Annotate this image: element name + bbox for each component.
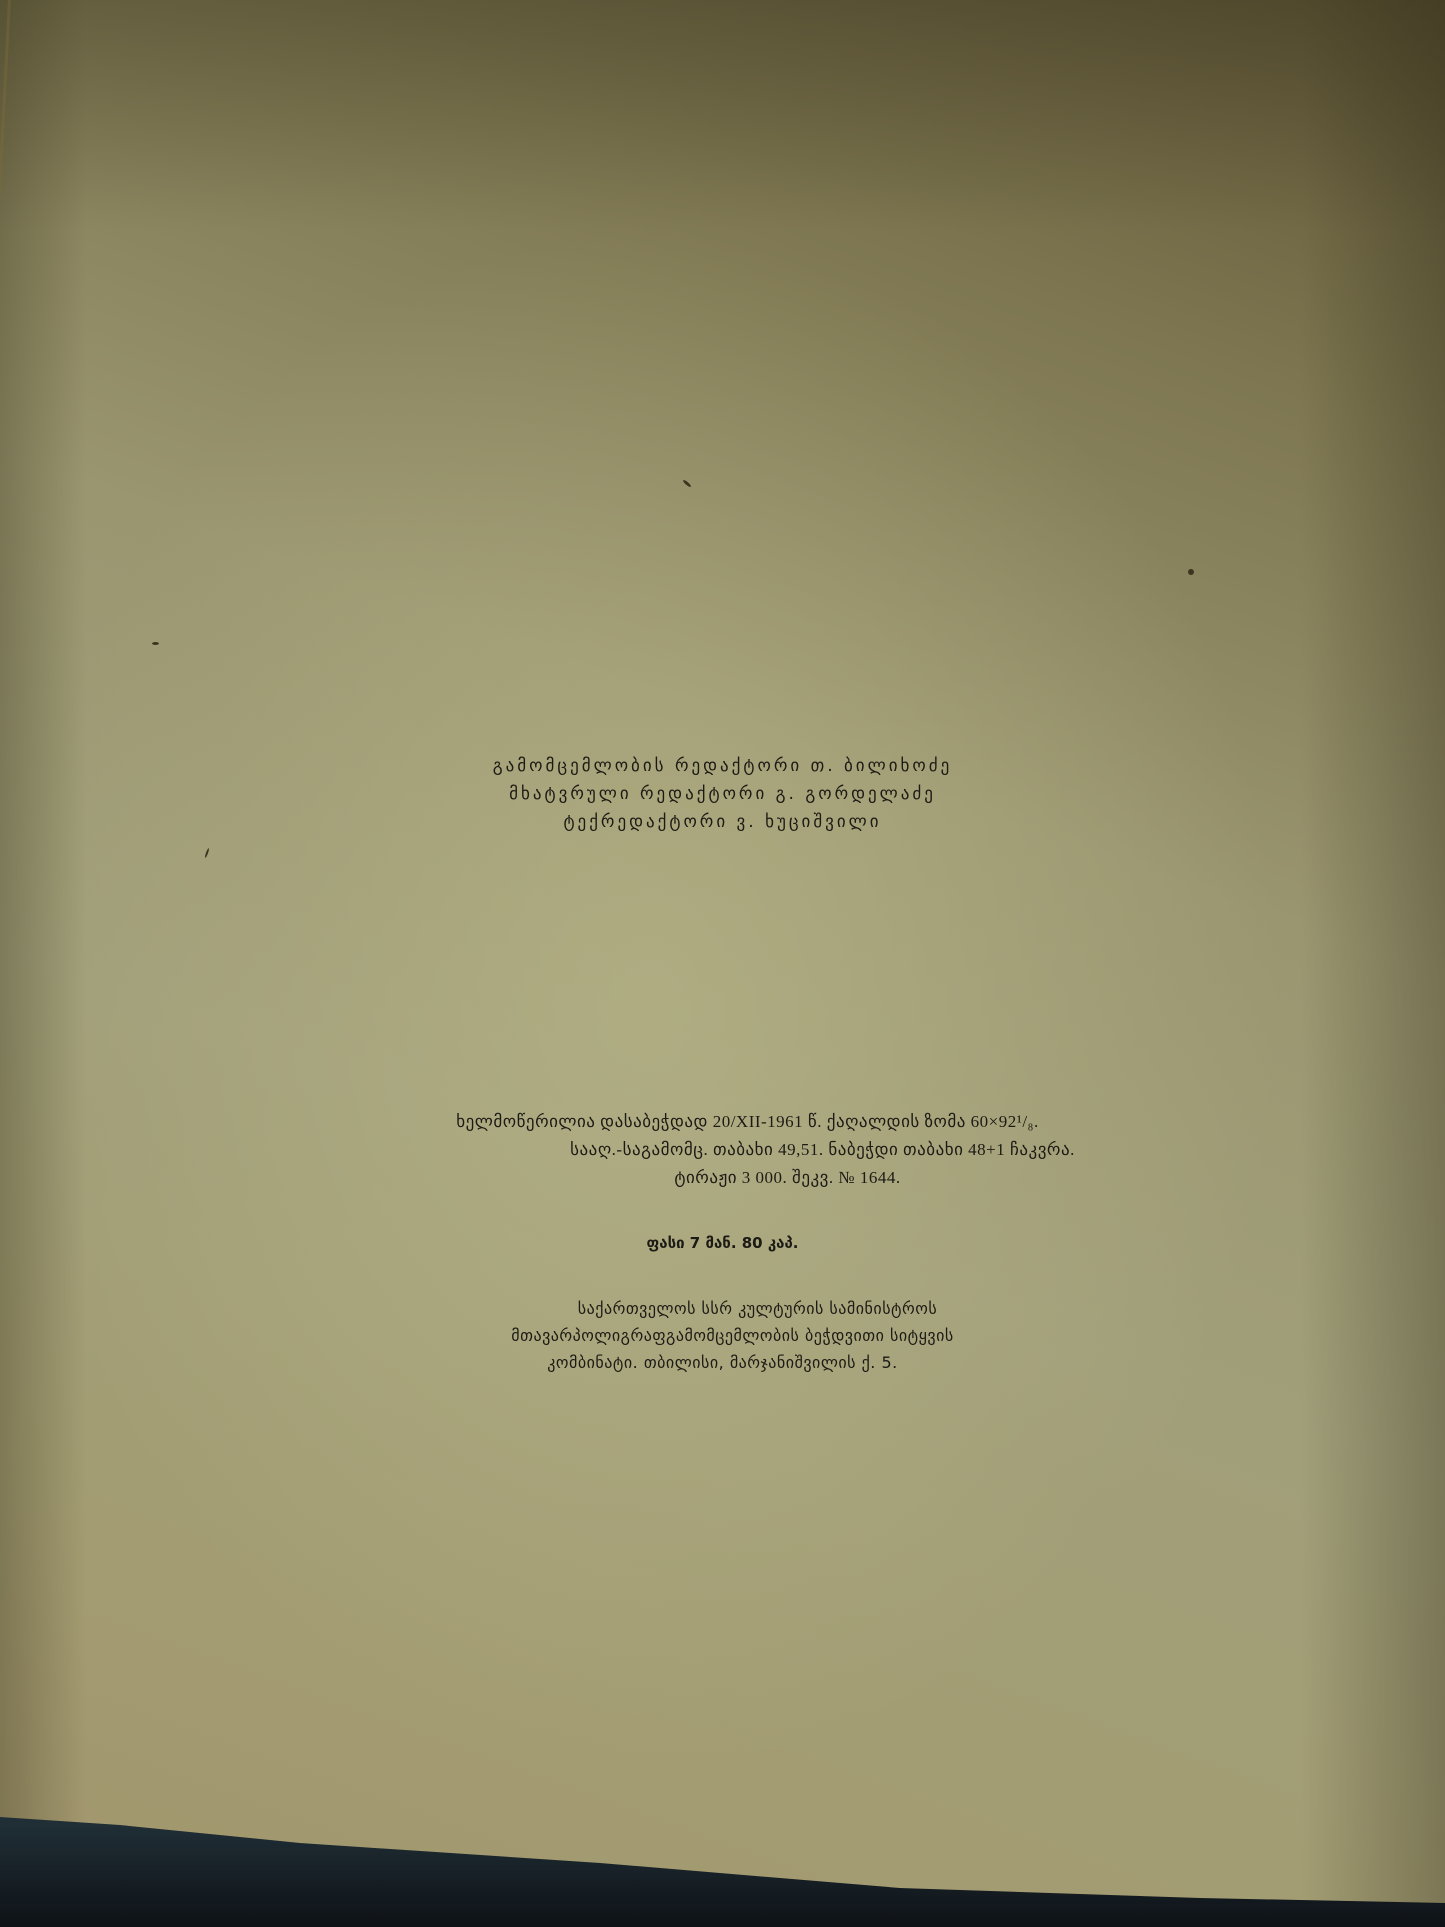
- printer-line-2: მთავარპოლიგრაფგამომცემლობის ბეჭდვითი სიტ…: [0, 1322, 1445, 1349]
- imprint-details: ხელმოწერილია დასაბეჭდად 20/XII-1961 წ. ქ…: [0, 1108, 1445, 1192]
- imprint-sheets-line: სააღ.-საგამომც. თაბახი 49,51. ნაბეჭდი თა…: [0, 1136, 1445, 1164]
- editors-credits: გამომცემლობის რედაქტორი თ. ბილიხოძე მხატ…: [0, 752, 1445, 836]
- imprint-print-run-line: ტირაჟი 3 000. შეკვ. № 1644.: [0, 1164, 1445, 1192]
- book-page: [0, 0, 1445, 1927]
- publishing-editor-line: გამომცემლობის რედაქტორი თ. ბილიხოძე: [0, 752, 1445, 780]
- price-line: ფასი 7 მან. 80 კაპ.: [0, 1234, 1445, 1252]
- imprint-signed-line: ხელმოწერილია დასაბეჭდად 20/XII-1961 წ. ქ…: [0, 1108, 1445, 1136]
- printer-line-3: კომბინატი. თბილისი, მარჯანიშვილის ქ. 5.: [0, 1349, 1445, 1376]
- paper-speck: [152, 642, 159, 645]
- art-editor-line: მხატვრული რედაქტორი გ. გორდელაძე: [0, 780, 1445, 808]
- technical-editor-line: ტექრედაქტორი ვ. ხუციშვილი: [0, 808, 1445, 836]
- printer-info: საქართველოს სსრ კულტურის სამინისტროს მთა…: [0, 1295, 1445, 1376]
- printer-line-1: საქართველოს სსრ კულტურის სამინისტროს: [0, 1295, 1445, 1322]
- paper-speck: [1188, 569, 1194, 575]
